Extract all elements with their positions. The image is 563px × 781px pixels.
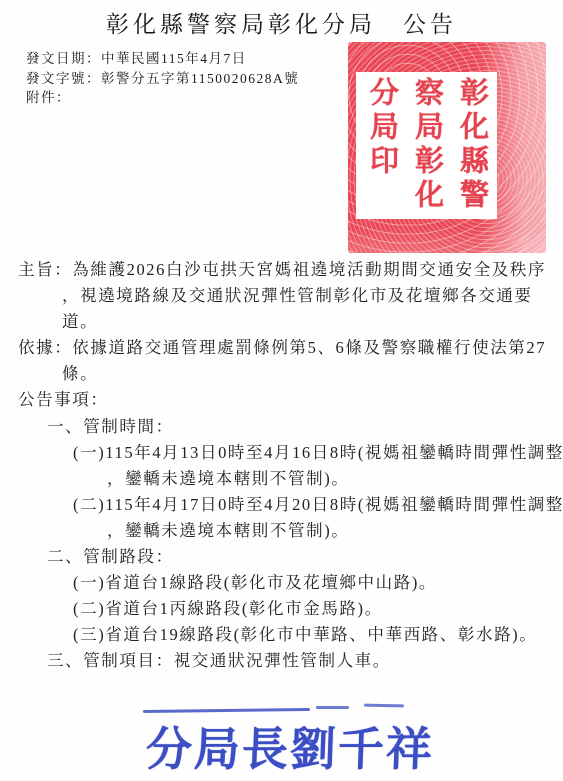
document-title: 彰化縣警察局彰化分局 公告 xyxy=(0,6,563,39)
attachment-line: 附件： xyxy=(26,88,299,108)
document-meta: 發文日期：中華民國115年4月7日 發文字號：彰警分五字第1150020628A… xyxy=(26,49,299,108)
official-seal-stamp: 彰化縣警 察局彰化 分局印 xyxy=(348,42,546,253)
basis-line-1: 依據：依據道路交通管理處罰條例第5、6條及警察職權行使法第27 xyxy=(18,335,557,361)
announcement-body: 主旨：為維護2026白沙屯拱天宮媽祖遶境活動期間交通安全及秩序 ，視遶境路線及交… xyxy=(18,257,557,675)
signature-stroke-dash-2 xyxy=(364,704,404,708)
subject-line-1: 主旨：為維護2026白沙屯拱天宮媽祖遶境活動期間交通安全及秩序 xyxy=(18,257,557,283)
items-heading: 公告事項： xyxy=(18,387,557,413)
signature-text: 分局長劉千祥 xyxy=(145,713,435,779)
item-1-sub-2-line-2: ，鑾轎未遶境本轄則不管制)。 xyxy=(18,518,557,544)
signature-stroke-dash-1 xyxy=(316,706,349,709)
subject-line-3: 道。 xyxy=(18,309,557,335)
item-2-sub-2: (二)省道台1丙線路段(彰化市金馬路)。 xyxy=(18,596,557,622)
item-1-sub-2-line-1: (二)115年4月17日0時至4月20日8時(視媽祖鑾轎時間彈性調整 xyxy=(18,492,557,518)
seal-text-column-right: 彰化縣警 xyxy=(457,77,486,213)
item-2-heading: 二、管制路段： xyxy=(18,544,557,570)
announcement-document: 彰化縣警察局彰化分局 公告 發文日期：中華民國115年4月7日 發文字號：彰警分… xyxy=(0,0,563,781)
seal-inner-square: 彰化縣警 察局彰化 分局印 xyxy=(356,72,497,219)
basis-line-2: 條。 xyxy=(18,361,557,387)
seal-text-column-left: 分局印 xyxy=(367,77,396,179)
chief-signature-stamp: 分局長劉千祥 xyxy=(0,693,563,778)
seal-text-column-middle: 察局彰化 xyxy=(412,77,441,213)
item-1-sub-1-line-1: (一)115年4月13日0時至4月16日8時(視媽祖鑾轎時間彈性調整 xyxy=(18,440,557,466)
subject-line-2: ，視遶境路線及交通狀況彈性管制彰化市及花壇鄉各交通要 xyxy=(18,283,557,309)
issue-number-line: 發文字號：彰警分五字第1150020628A號 xyxy=(26,69,299,89)
item-2-sub-1: (一)省道台1線路段(彰化市及花壇鄉中山路)。 xyxy=(18,570,557,596)
item-1-heading: 一、管制時間： xyxy=(18,414,557,440)
issue-date-line: 發文日期：中華民國115年4月7日 xyxy=(26,49,299,69)
item-1-sub-1-line-2: ，鑾轎未遶境本轄則不管制)。 xyxy=(18,466,557,492)
item-3-heading: 三、管制項目：視交通狀況彈性管制人車。 xyxy=(18,648,557,674)
item-2-sub-3: (三)省道台19線路段(彰化市中華路、中華西路、彰水路)。 xyxy=(18,622,557,648)
